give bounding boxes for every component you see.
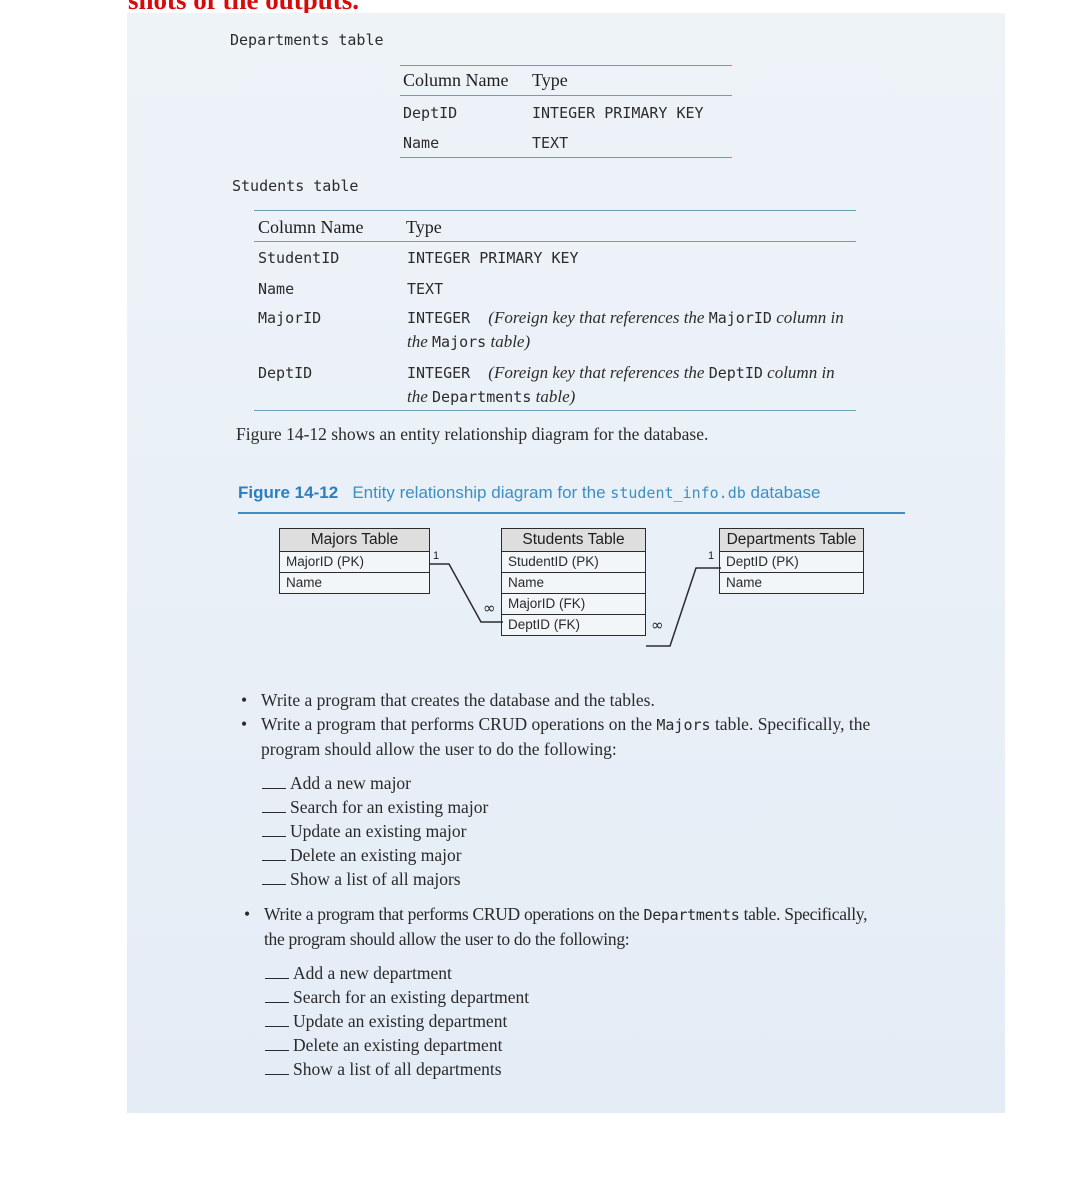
checkbox-blank — [262, 884, 286, 885]
checkbox-blank — [262, 860, 286, 861]
bullet-text: Write a program that creates the databas… — [261, 690, 655, 710]
bullet-item: • Write a program that creates the datab… — [261, 688, 655, 712]
cut-off-heading: shots of the outputs. — [128, 0, 359, 14]
task-text: Update an existing major — [290, 821, 466, 841]
task-text: Delete an existing department — [293, 1035, 502, 1055]
relationship-lines — [127, 13, 1005, 713]
bullet-text: program should allow the user to do the … — [261, 739, 617, 759]
checkbox-blank — [262, 788, 286, 789]
task-text: Search for an existing major — [290, 797, 488, 817]
task-item: Delete an existing department — [265, 1033, 502, 1057]
bullet-text: the program should allow the user to do … — [264, 929, 629, 949]
checkbox-blank — [265, 978, 289, 979]
task-item: Add a new department — [265, 961, 452, 985]
task-item: Search for an existing major — [262, 795, 488, 819]
bullet-code: Departments — [643, 906, 739, 924]
bullet-text: table. Specifically, the — [711, 714, 871, 734]
checkbox-blank — [265, 1050, 289, 1051]
bullet-code: Majors — [656, 716, 710, 734]
textbook-page-photo: Departments table Column Name Type DeptI… — [127, 13, 1005, 1113]
task-item: Show a list of all departments — [265, 1057, 502, 1081]
bullet-icon: • — [241, 712, 247, 736]
task-text: Add a new major — [290, 773, 411, 793]
checkbox-blank — [262, 812, 286, 813]
cardinality-many: ∞ — [651, 616, 664, 634]
task-text: Update an existing department — [293, 1011, 507, 1031]
checkbox-blank — [265, 1074, 289, 1075]
task-item: Add a new major — [262, 771, 411, 795]
cardinality-one: 1 — [433, 550, 439, 562]
bullet-item: • Write a program that performs CRUD ope… — [264, 902, 954, 951]
task-text: Show a list of all majors — [290, 869, 461, 889]
task-text: Show a list of all departments — [293, 1059, 502, 1079]
task-item: Search for an existing department — [265, 985, 529, 1009]
cardinality-one: 1 — [708, 550, 714, 562]
task-item: Show a list of all majors — [262, 867, 461, 891]
task-item: Update an existing department — [265, 1009, 507, 1033]
checkbox-blank — [265, 1026, 289, 1027]
bullet-icon: • — [244, 902, 250, 926]
bullet-text: table. Specifically, — [740, 904, 868, 924]
bullet-text: Write a program that performs CRUD opera… — [264, 904, 643, 924]
bullet-item: • Write a program that performs CRUD ope… — [261, 712, 941, 761]
checkbox-blank — [262, 836, 286, 837]
task-text: Add a new department — [293, 963, 452, 983]
bullet-icon: • — [241, 688, 247, 712]
task-item: Update an existing major — [262, 819, 466, 843]
task-item: Delete an existing major — [262, 843, 462, 867]
cardinality-many: ∞ — [483, 599, 496, 617]
checkbox-blank — [265, 1002, 289, 1003]
task-text: Delete an existing major — [290, 845, 462, 865]
bullet-text: Write a program that performs CRUD opera… — [261, 714, 656, 734]
task-text: Search for an existing department — [293, 987, 529, 1007]
